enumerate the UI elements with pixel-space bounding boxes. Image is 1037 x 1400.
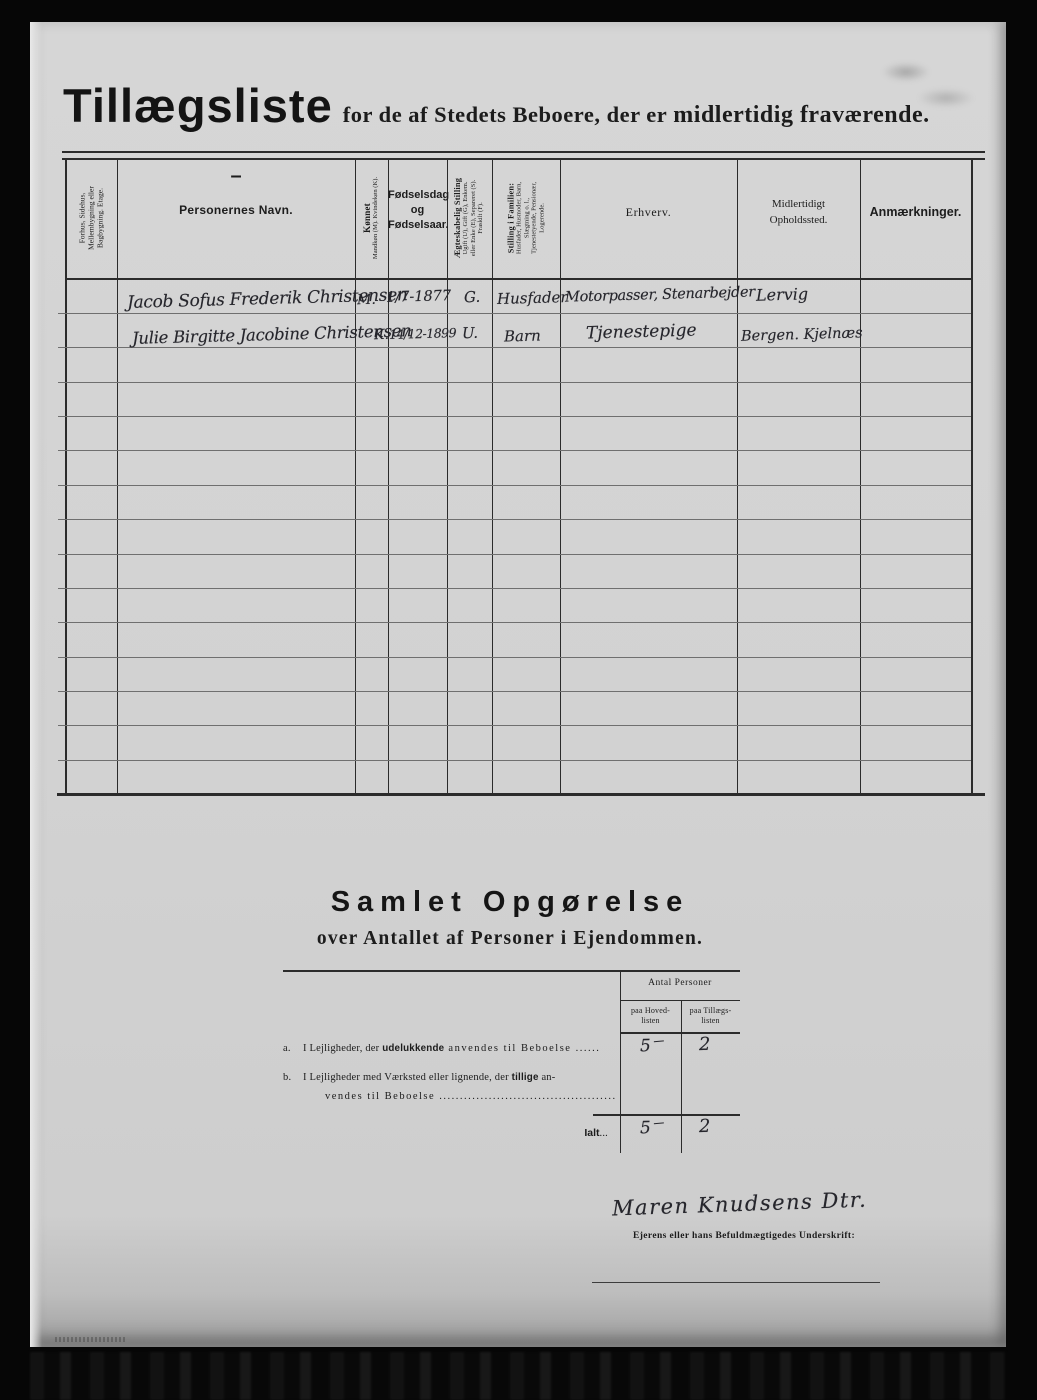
table-column-divider (860, 159, 861, 794)
table-row-line (58, 347, 971, 348)
table-column-divider (117, 159, 118, 794)
table-row-line (58, 588, 971, 589)
table-top-border (62, 158, 985, 160)
summary-total-label: Ialt... (548, 1123, 608, 1141)
row-family-position: Husfader (497, 288, 568, 308)
column-header-marital-status: Ægteskabelig Stilling Ugift (U), Gift (G… (453, 161, 485, 275)
row-birthdate: 1/7-1877 (386, 288, 452, 306)
row-sex: K. (374, 327, 389, 343)
signature-caption: Ejerens eller hans Befuldmægtigedes Unde… (612, 1231, 876, 1241)
column-header-building-line: Mellembygning eller (87, 159, 96, 277)
printer-mark (55, 1337, 125, 1342)
summary-row-b-text-line2: vendes til Beboelse ....................… (325, 1091, 617, 1102)
column-header-name-dash: – (117, 165, 355, 188)
row-residence: Lervig (756, 284, 809, 304)
form-title-mid: for de af Stedets Beboere, der er (343, 102, 668, 127)
table-row-line (58, 725, 971, 726)
summary-value-total-tillaeg: 2 (699, 1116, 711, 1137)
table-column-divider (560, 159, 561, 794)
summary-top-border (283, 970, 740, 972)
row-birthdate: 14/12-1899 (389, 325, 456, 342)
table-row-line (58, 450, 971, 451)
signature-line (592, 1282, 880, 1283)
row-residence: Bergen. Kjelnæs (741, 325, 863, 344)
form-title: Tillægslistefor de af Stedets Beboere, d… (63, 78, 975, 133)
column-header-birthdate: Fødselsdag og Fødselsaar. (388, 188, 447, 233)
table-row-line (58, 485, 971, 486)
summary-col-tillaegslisten: paa Tillægs- listen (681, 1006, 740, 1026)
table-bottom-border (57, 793, 985, 796)
summary-col-hovedlisten: paa Hoved- listen (620, 1006, 681, 1026)
column-header-sex: Kønnet Mandkøn (M). Kvindekøn (K). (362, 162, 380, 274)
summary-row-a-prefix: a. (283, 1043, 291, 1054)
column-header-building-line: Forhus, Sidehus, (78, 159, 87, 277)
summary-row-a-text: I Lejligheder, der udelukkende anvendes … (303, 1043, 600, 1054)
column-header-temporary-residence: Midlertidigt Opholdssted. (737, 196, 860, 228)
table-column-divider (492, 159, 493, 794)
row-marital: G. (464, 288, 481, 306)
summary-row-b-prefix: b. (283, 1072, 291, 1083)
table-row-line (58, 691, 971, 692)
summary-value-a-hoved: 5 (640, 1036, 664, 1057)
table-row-line (58, 622, 971, 623)
summary-value-total-hoved: 5 (640, 1118, 664, 1139)
row-family-position: Barn (504, 326, 541, 345)
table-column-divider (388, 159, 389, 794)
summary-row-b-text: I Lejligheder med Værksted eller lignend… (303, 1072, 555, 1083)
summary-header-divider (620, 1032, 740, 1034)
table-row-line (58, 519, 971, 520)
column-header-occupation: Erhverv. (560, 205, 737, 220)
table-row-line (58, 416, 971, 417)
table-row-line (58, 657, 971, 658)
table-column-divider (971, 159, 973, 794)
title-divider-top (62, 151, 985, 153)
table-row-line (58, 760, 971, 761)
table-row-line (58, 313, 971, 314)
summary-total-divider (593, 1114, 740, 1116)
form-title-main: Tillægsliste (63, 79, 333, 132)
column-header-building: Forhus, Sidehus, Mellembygning eller Bag… (78, 159, 105, 277)
summary-title: Samlet Opgørelse (40, 886, 980, 919)
table-row-line (58, 554, 971, 555)
summary-subtitle: over Antallet af Personer i Ejendommen. (40, 928, 980, 950)
table-column-divider (737, 159, 738, 794)
table-column-divider (355, 159, 356, 794)
table-column-divider (65, 159, 67, 794)
summary-header-divider (620, 1000, 740, 1001)
column-header-remarks: Anmærkninger. (860, 205, 971, 219)
column-header-building-line: Bagbygning. Etage. (96, 159, 105, 277)
scanned-census-page: Tillægslistefor de af Stedets Beboere, d… (0, 0, 1037, 1400)
form-title-emphasis: midlertidig fraværende. (673, 102, 929, 128)
table-row-line (58, 382, 971, 383)
table-header-divider (65, 278, 971, 280)
summary-value-a-tillaeg: 2 (699, 1034, 711, 1055)
page-edge-highlight (30, 22, 42, 1347)
column-header-name: Personernes Navn. (117, 203, 355, 217)
table-column-divider (447, 159, 448, 794)
scan-bottom-noise (30, 1352, 1006, 1400)
row-sex: M. (357, 292, 376, 309)
summary-column-divider (620, 970, 621, 1153)
row-occupation: Tjenestepige (586, 320, 697, 343)
row-marital: U. (462, 324, 479, 342)
column-header-family-position: Stilling i Familien: Husfader, Husmoder,… (506, 161, 545, 275)
summary-antal-header: Antal Personer (620, 978, 740, 988)
